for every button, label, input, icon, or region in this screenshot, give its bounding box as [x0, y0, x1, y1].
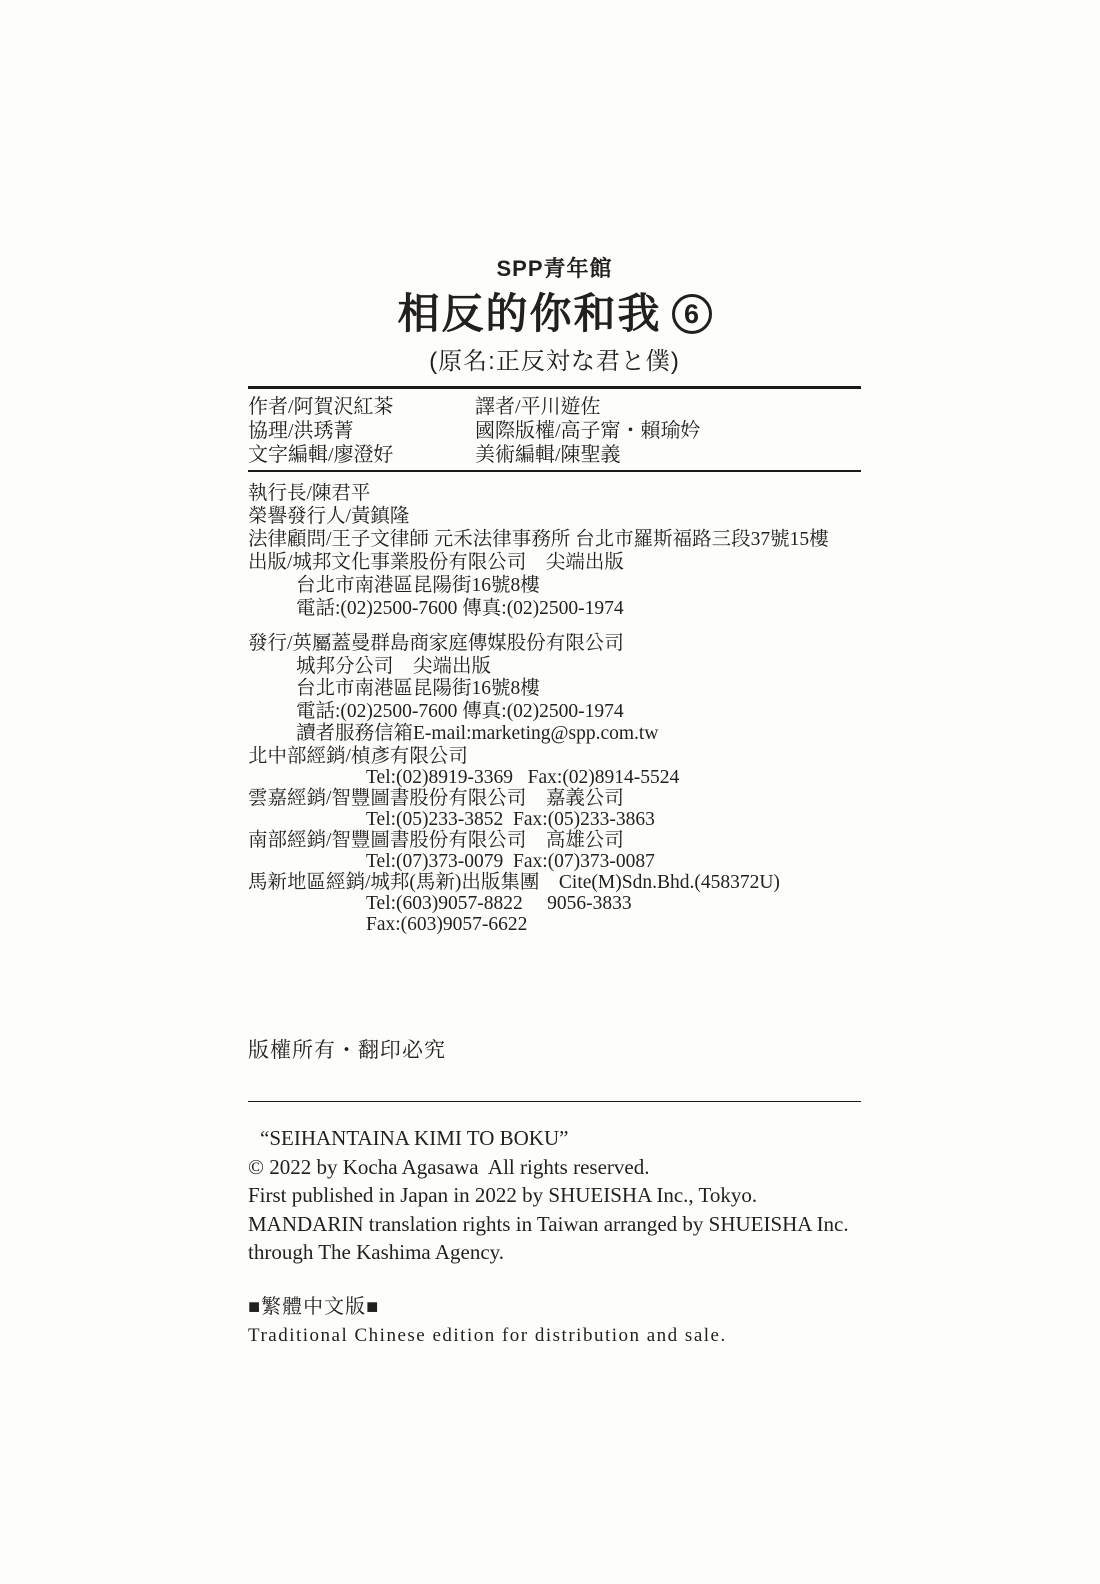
publisher-address: 台北市南港區昆陽街16號8樓: [248, 574, 861, 597]
copyright-notice: 版權所有・翻印必究: [248, 1035, 861, 1065]
title-block: SPP青年館 相反的你和我 6 (原名:正反対な君と僕): [248, 0, 861, 377]
volume-badge: 6: [672, 294, 712, 334]
distributor-north-central-tel: Tel:(02)8919-3369 Fax:(02)8914-5524: [248, 767, 861, 788]
english-copyright-block: “SEIHANTAINA KIMI TO BOKU” © 2022 by Koc…: [248, 1124, 861, 1267]
credit-art-editor: 美術編輯/陳聖義: [475, 443, 861, 467]
english-rights-line: MANDARIN translation rights in Taiwan ar…: [248, 1210, 861, 1239]
distributor-south-tel: Tel:(07)373-0079 Fax:(07)373-0087: [248, 851, 861, 872]
publisher-phone-fax: 電話:(02)2500-7600 傳真:(02)2500-1974: [248, 597, 861, 620]
original-title: (原名:正反対な君と僕): [248, 347, 861, 377]
english-original-title: “SEIHANTAINA KIMI TO BOKU”: [248, 1124, 861, 1153]
english-agency-line: through The Kashima Agency.: [248, 1238, 861, 1267]
credits-row: 文字編輯/廖澄好 美術編輯/陳聖義: [248, 443, 861, 467]
tc-edition-header: ■繁體中文版■: [248, 1293, 861, 1321]
credit-international-rights: 國際版權/高子甯・賴瑜妗: [475, 419, 861, 443]
divider-credits-bottom: [248, 470, 861, 473]
publisher-ceo: 執行長/陳君平: [248, 482, 861, 505]
issuer-service-email: 讀者服務信箱E-mail:marketing@spp.com.tw: [248, 723, 861, 746]
credits-table: 作者/阿賀沢紅茶 譯者/平川遊佐 協理/洪琇菁 國際版權/高子甯・賴瑜妗 文字編…: [248, 389, 861, 470]
credit-author: 作者/阿賀沢紅茶: [248, 395, 475, 419]
distributor-yunjia-tel: Tel:(05)233-3852 Fax:(05)233-3863: [248, 809, 861, 830]
book-title-row: 相反的你和我 6: [248, 289, 861, 339]
credit-text-editor: 文字編輯/廖澄好: [248, 443, 475, 467]
credit-associate-manager: 協理/洪琇菁: [248, 419, 475, 443]
distributor-north-central: 北中部經銷/楨彥有限公司: [248, 746, 861, 767]
publisher-honorary: 榮譽發行人/黃鎮隆: [248, 505, 861, 528]
distributor-yunjia: 雲嘉經銷/智豐圖書股份有限公司 嘉義公司: [248, 788, 861, 809]
distributor-malaysia-sg-fax: Fax:(603)9057-6622: [248, 914, 861, 935]
issuer-phone-fax: 電話:(02)2500-7600 傳真:(02)2500-1974: [248, 701, 861, 724]
tc-edition-block: ■繁體中文版■ Traditional Chinese edition for …: [248, 1293, 861, 1351]
distributor-malaysia-sg: 馬新地區經銷/城邦(馬新)出版集團 Cite(M)Sdn.Bhd.(458372…: [248, 872, 861, 893]
book-title: 相反的你和我: [397, 289, 661, 339]
volume-number: 6: [684, 301, 699, 328]
english-first-published-line: First published in Japan in 2022 by SHUE…: [248, 1181, 861, 1210]
distributor-south: 南部經銷/智豐圖書股份有限公司 高雄公司: [248, 830, 861, 851]
issuer-company: 發行/英屬蓋曼群島商家庭傳媒股份有限公司: [248, 633, 861, 656]
credit-translator: 譯者/平川遊佐: [475, 395, 861, 419]
publisher-company: 出版/城邦文化事業股份有限公司 尖端出版: [248, 551, 861, 574]
tc-edition-line: Traditional Chinese edition for distribu…: [248, 1321, 861, 1351]
colophon-content: SPP青年館 相反的你和我 6 (原名:正反対な君と僕) 作者/阿賀沢紅茶 譯者…: [248, 0, 861, 1351]
english-copyright-line: © 2022 by Kocha Agasawa All rights reser…: [248, 1153, 861, 1182]
publisher-block: 執行長/陳君平 榮譽發行人/黃鎮隆 法律顧問/王子文律師 元禾法律事務所 台北市…: [248, 482, 861, 620]
divider-english-top: [248, 1101, 861, 1103]
publisher-legal-advisor: 法律顧問/王子文律師 元禾法律事務所 台北市羅斯福路三段37號15樓: [248, 528, 861, 551]
issuer-block: 發行/英屬蓋曼群島商家庭傳媒股份有限公司 城邦分公司 尖端出版 台北市南港區昆陽…: [248, 633, 861, 746]
imprint-name: SPP青年館: [248, 255, 861, 283]
credits-row: 協理/洪琇菁 國際版權/高子甯・賴瑜妗: [248, 419, 861, 443]
distribution-block: 北中部經銷/楨彥有限公司 Tel:(02)8919-3369 Fax:(02)8…: [248, 746, 861, 935]
credits-row: 作者/阿賀沢紅茶 譯者/平川遊佐: [248, 395, 861, 419]
colophon-page: SPP青年館 相反的你和我 6 (原名:正反対な君と僕) 作者/阿賀沢紅茶 譯者…: [0, 0, 1100, 1584]
issuer-branch: 城邦分公司 尖端出版: [248, 656, 861, 679]
distributor-malaysia-sg-tel: Tel:(603)9057-8822 9056-3833: [248, 893, 861, 914]
issuer-address: 台北市南港區昆陽街16號8樓: [248, 678, 861, 701]
